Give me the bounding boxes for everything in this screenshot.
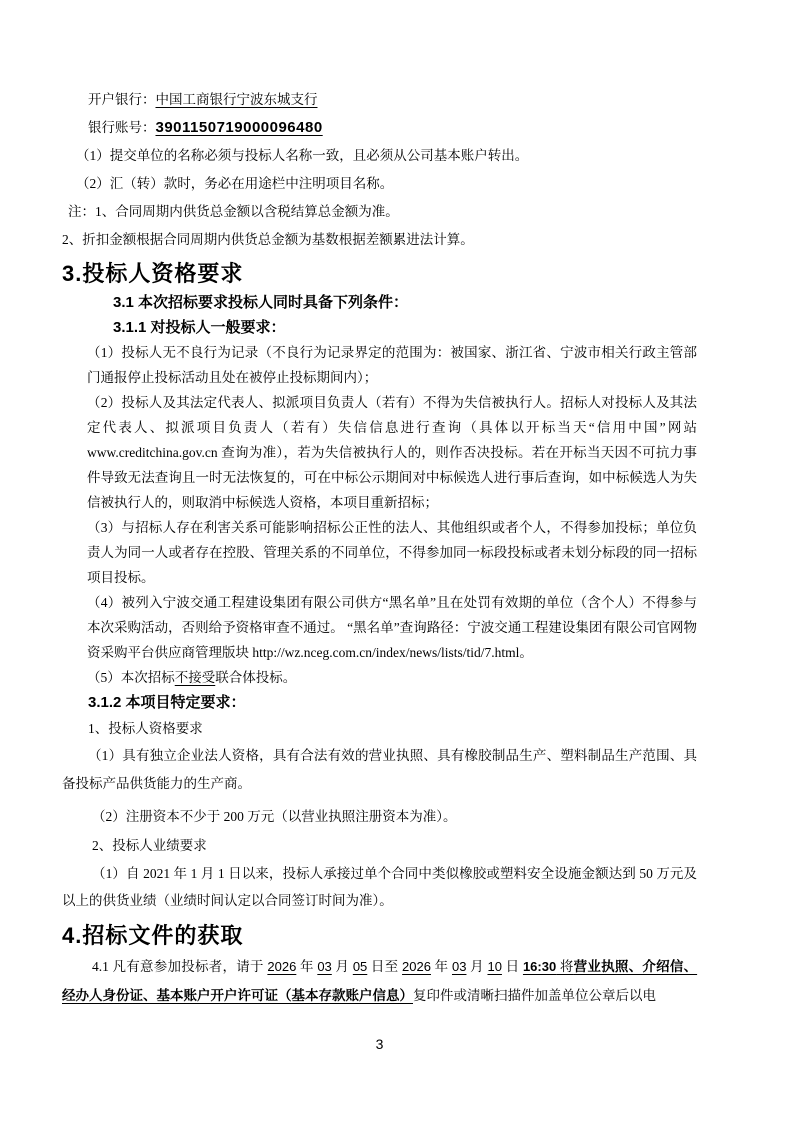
bank-name-line: 开户银行：中国工商银行宁波东城支行 bbox=[62, 86, 697, 114]
transfer-note-1: （1）提交单位的名称必须与投标人名称一致，且必须从公司基本账户转出。 bbox=[62, 142, 697, 170]
text-run: 日 bbox=[502, 959, 523, 974]
section-3-1-2-heading: 3.1.2 本项目特定要求： bbox=[62, 690, 697, 715]
performance-item-1: （1）自 2021 年 1 月 1 日以来，投标人承接过单个合同中类似橡胶或塑料… bbox=[62, 860, 697, 914]
text-run: 银行账号： bbox=[88, 120, 156, 135]
bidder-requirement-1: （1）投标人无不良行为记录（不良行为记录界定的范围为：被国家、浙江省、宁波市相关… bbox=[87, 340, 697, 390]
text-run: 年 bbox=[296, 959, 317, 974]
section-3-1-1-heading: 3.1.1 对投标人一般要求： bbox=[62, 315, 697, 340]
bidder-requirement-4: （4）被列入宁波交通工程建设集团有限公司供方“黑名单”且在处罚有效期的单位（含个… bbox=[87, 590, 697, 665]
text-run: 2026 bbox=[402, 959, 431, 974]
text-run: 月 bbox=[332, 959, 353, 974]
page-content: 开户银行：中国工商银行宁波东城支行 银行账号：39011507190000964… bbox=[62, 86, 697, 1010]
text-run: 4.1 凡有意参加投标者，请于 bbox=[92, 959, 267, 974]
bank-account-line: 银行账号：3901150719000096480 bbox=[62, 114, 697, 142]
text-run: 05 bbox=[353, 959, 367, 974]
text-run: 3901150719000096480 bbox=[156, 119, 323, 136]
document-page: 开户银行：中国工商银行宁波东城支行 银行账号：39011507190000964… bbox=[0, 0, 793, 1121]
transfer-note-2: （2）汇（转）款时，务必在用途栏中注明项目名称。 bbox=[62, 170, 697, 198]
section-3-1-heading: 3.1 本次招标要求投标人同时具备下列条件： bbox=[62, 290, 697, 315]
text-run: 2026 bbox=[267, 959, 296, 974]
text-run: 16:30 bbox=[523, 959, 556, 974]
remark-line-1: 注：1、合同周期内供货总金额以含税结算总金额为准。 bbox=[62, 198, 697, 226]
qualification-subtitle: 1、投标人资格要求 bbox=[62, 715, 697, 742]
text-run: 联合体投标。 bbox=[215, 670, 296, 685]
text-run: 将 bbox=[556, 959, 573, 974]
text-run: （5）本次招标 bbox=[87, 670, 175, 685]
qualification-item-2: （2）注册资本不少于 200 万元（以营业执照注册资本为准）。 bbox=[62, 802, 697, 831]
text-run: 03 bbox=[452, 959, 466, 974]
bidder-requirement-3: （3）与招标人存在利害关系可能影响招标公正性的法人、其他组织或者个人，不得参加投… bbox=[87, 515, 697, 590]
text-run: 月 bbox=[466, 959, 487, 974]
bidder-requirement-2: （2）投标人及其法定代表人、拟派项目负责人（若有）不得为失信被执行人。招标人对投… bbox=[87, 390, 697, 515]
text-run: 中国工商银行宁波东城支行 bbox=[156, 92, 318, 107]
bidder-requirement-5: （5）本次招标不接受联合体投标。 bbox=[87, 665, 697, 690]
remark-line-2: 2、折扣金额根据合同周期内供货总金额为基数根据差额累进法计算。 bbox=[62, 226, 697, 254]
page-number: 3 bbox=[62, 1036, 697, 1052]
qualification-item-1: （1）具有独立企业法人资格，具有合法有效的营业执照、具有橡胶制品生产、塑料制品生… bbox=[62, 742, 697, 798]
text-run: 年 bbox=[431, 959, 452, 974]
section-4-heading: 4.招标文件的获取 bbox=[62, 920, 697, 952]
document-acquisition-paragraph: 4.1 凡有意参加投标者，请于 2026 年 03 月 05 日至 2026 年… bbox=[62, 952, 697, 1010]
text-run: 日至 bbox=[367, 959, 402, 974]
text-run: 复印件或清晰扫描件加盖单位公章后以电 bbox=[413, 988, 656, 1003]
text-run: 03 bbox=[317, 959, 331, 974]
section-3-heading: 3.投标人资格要求 bbox=[62, 258, 697, 290]
text-run: 10 bbox=[487, 959, 501, 974]
text-run: 不接受 bbox=[175, 670, 216, 685]
text-run: 开户银行： bbox=[88, 92, 156, 107]
performance-subtitle: 2、投标人业绩要求 bbox=[62, 831, 697, 860]
